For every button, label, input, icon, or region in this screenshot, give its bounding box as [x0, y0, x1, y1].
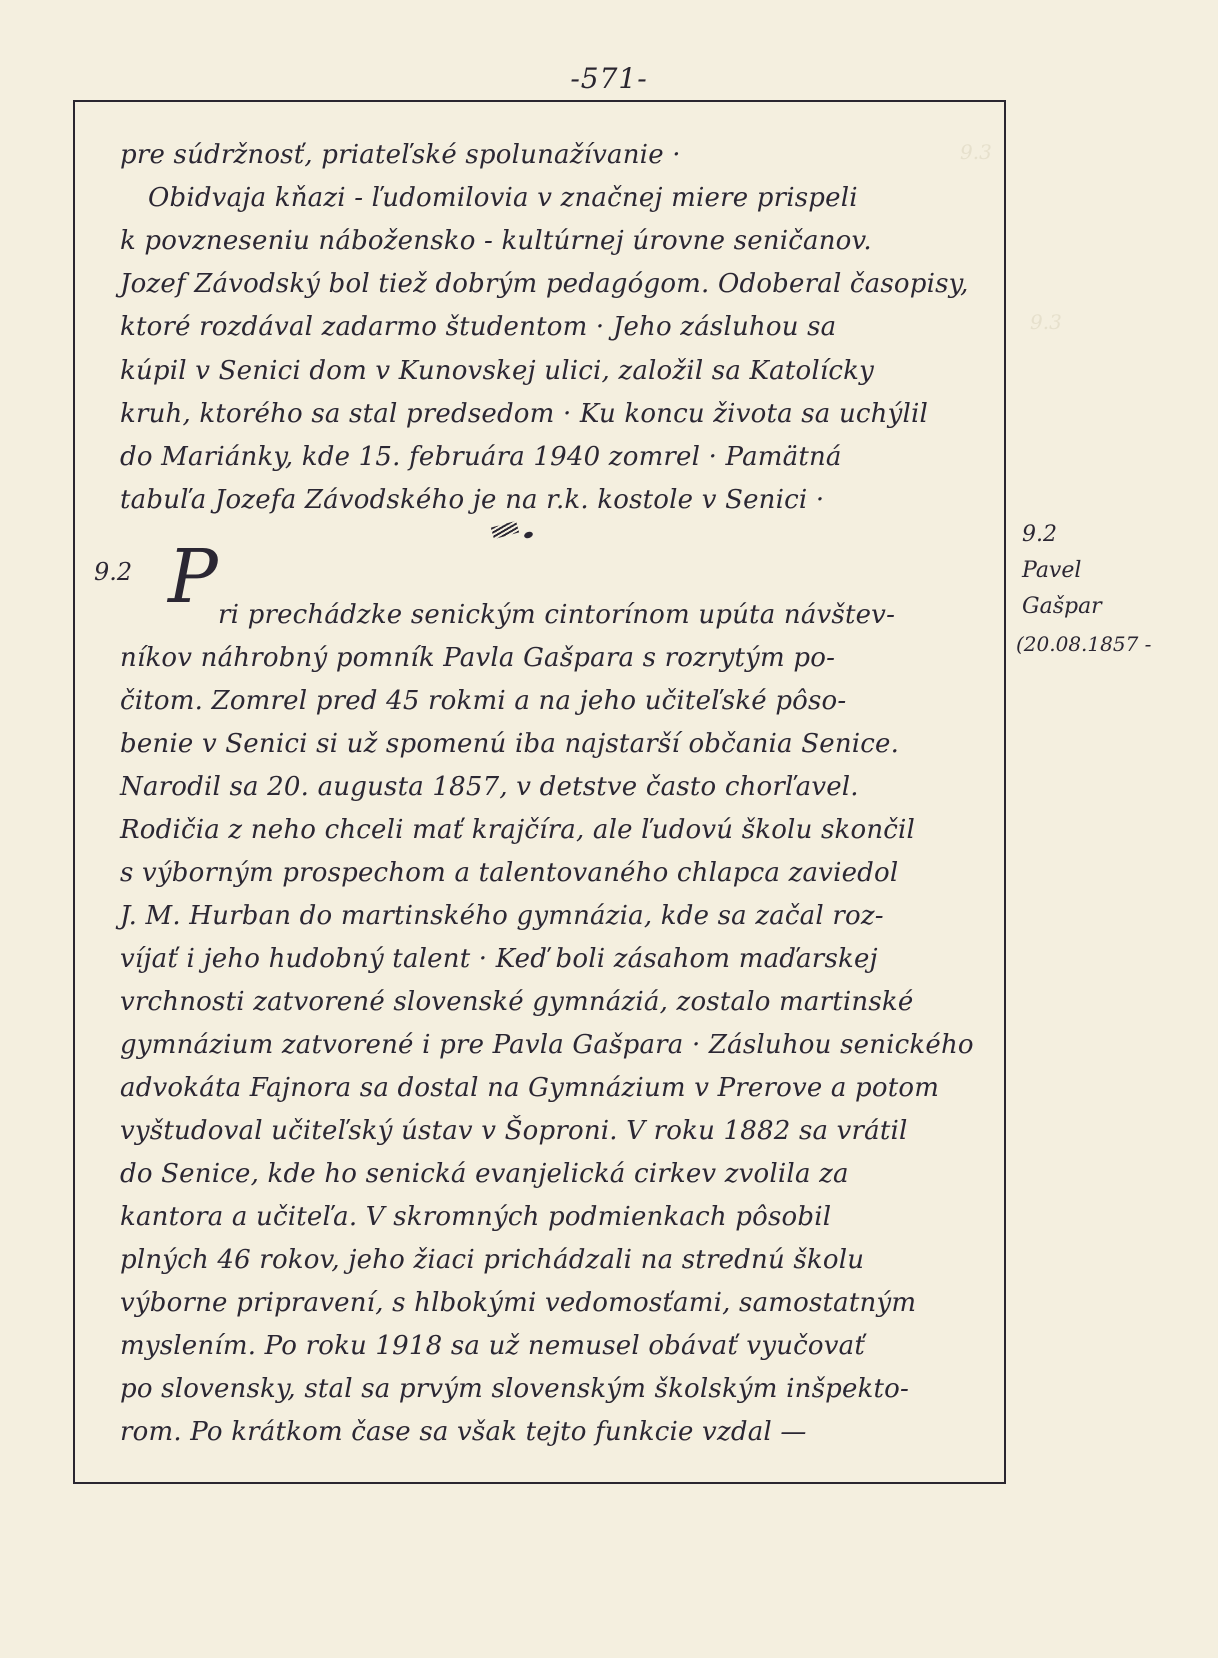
page-number: -571- [0, 62, 1218, 95]
text-line: myslením. Po roku 1918 sa už nemusel obá… [120, 1331, 865, 1361]
bleed-through-text: 9.3 [1030, 310, 1062, 334]
text-line: advokáta Fajnora sa dostal na Gymnázium … [120, 1073, 939, 1103]
text-line: do Mariánky, kde 15. februára 1940 zomre… [120, 442, 842, 472]
text-line: čitom. Zomrel pred 45 rokmi a na jeho uč… [120, 686, 846, 716]
margin-note-line: Gašpar [1022, 594, 1102, 619]
margin-note-line: 9.2 [1022, 522, 1057, 547]
text-line: k povzneseniu náboženskо - kultúrnej úro… [120, 226, 872, 256]
text-line: kúpil v Senici dom v Kunovskej ulici, za… [120, 356, 874, 386]
margin-note-line: (20.08.1857 - [1016, 632, 1151, 656]
text-line: ri prechádzke senickým cintorínom upúta … [218, 600, 895, 630]
text-line: vrchnosti zatvorené slovenské gymnáziá, … [120, 987, 913, 1017]
text-line: ktoré rozdával zadarmo študentom · Jeho … [120, 312, 836, 342]
text-line: níkov náhrobný pomník Pavla Gašpara s ro… [120, 643, 835, 673]
text-line: kantora a učiteľa. V skromných podmienka… [120, 1202, 831, 1232]
text-line: J. M. Hurban do martinského gymnázia, kd… [120, 901, 884, 931]
text-line: pre súdržnosť, priateľské spolunažívanie… [120, 140, 681, 170]
text-line: Narodil sa 20. augusta 1857, v detstve č… [120, 772, 859, 802]
text-line: Jozef Závodský bol tiež dobrým pedagógom… [120, 269, 969, 299]
text-line: vyštudoval učiteľský ústav v Šoproni. V … [120, 1116, 908, 1146]
section-number: 9.2 [94, 558, 132, 586]
text-line: plných 46 rokov, jeho žiaci prichádzali … [120, 1245, 864, 1275]
text-line: Obidvaja kňazi - ľudomilovia v značnej m… [148, 183, 858, 213]
text-line: gymnázium zatvorené i pre Pavla Gašpara … [120, 1030, 974, 1060]
section-divider-ornament [492, 522, 522, 538]
text-line: výborne pripravení, s hlbokými vedomosťa… [120, 1288, 916, 1318]
drop-cap: P [168, 540, 218, 614]
text-line: do Senice, kde ho senická evanjelická ci… [120, 1159, 849, 1189]
text-line: rom. Po krátkom čase sa však tejto funkc… [120, 1417, 807, 1447]
text-line: s výborným prospechom a talentovaného ch… [120, 858, 898, 888]
text-line: benie v Senici si už spomenú iba najstar… [120, 729, 899, 759]
text-line: víjať i jeho hudobný talent · Keď boli z… [120, 944, 878, 974]
text-line: po slovensky, stal sa prvým slovenským š… [120, 1374, 909, 1404]
text-line: kruh, ktorého sa stal predsedom · Ku kon… [120, 399, 928, 429]
text-line: tabuľa Jozefa Závodského je na r.k. kost… [120, 485, 824, 515]
bleed-through-text: 9.3 [960, 140, 992, 164]
margin-note-line: Pavel [1022, 558, 1081, 583]
text-line: Rodičia z neho chceli mať krajčíra, ale … [120, 815, 915, 845]
